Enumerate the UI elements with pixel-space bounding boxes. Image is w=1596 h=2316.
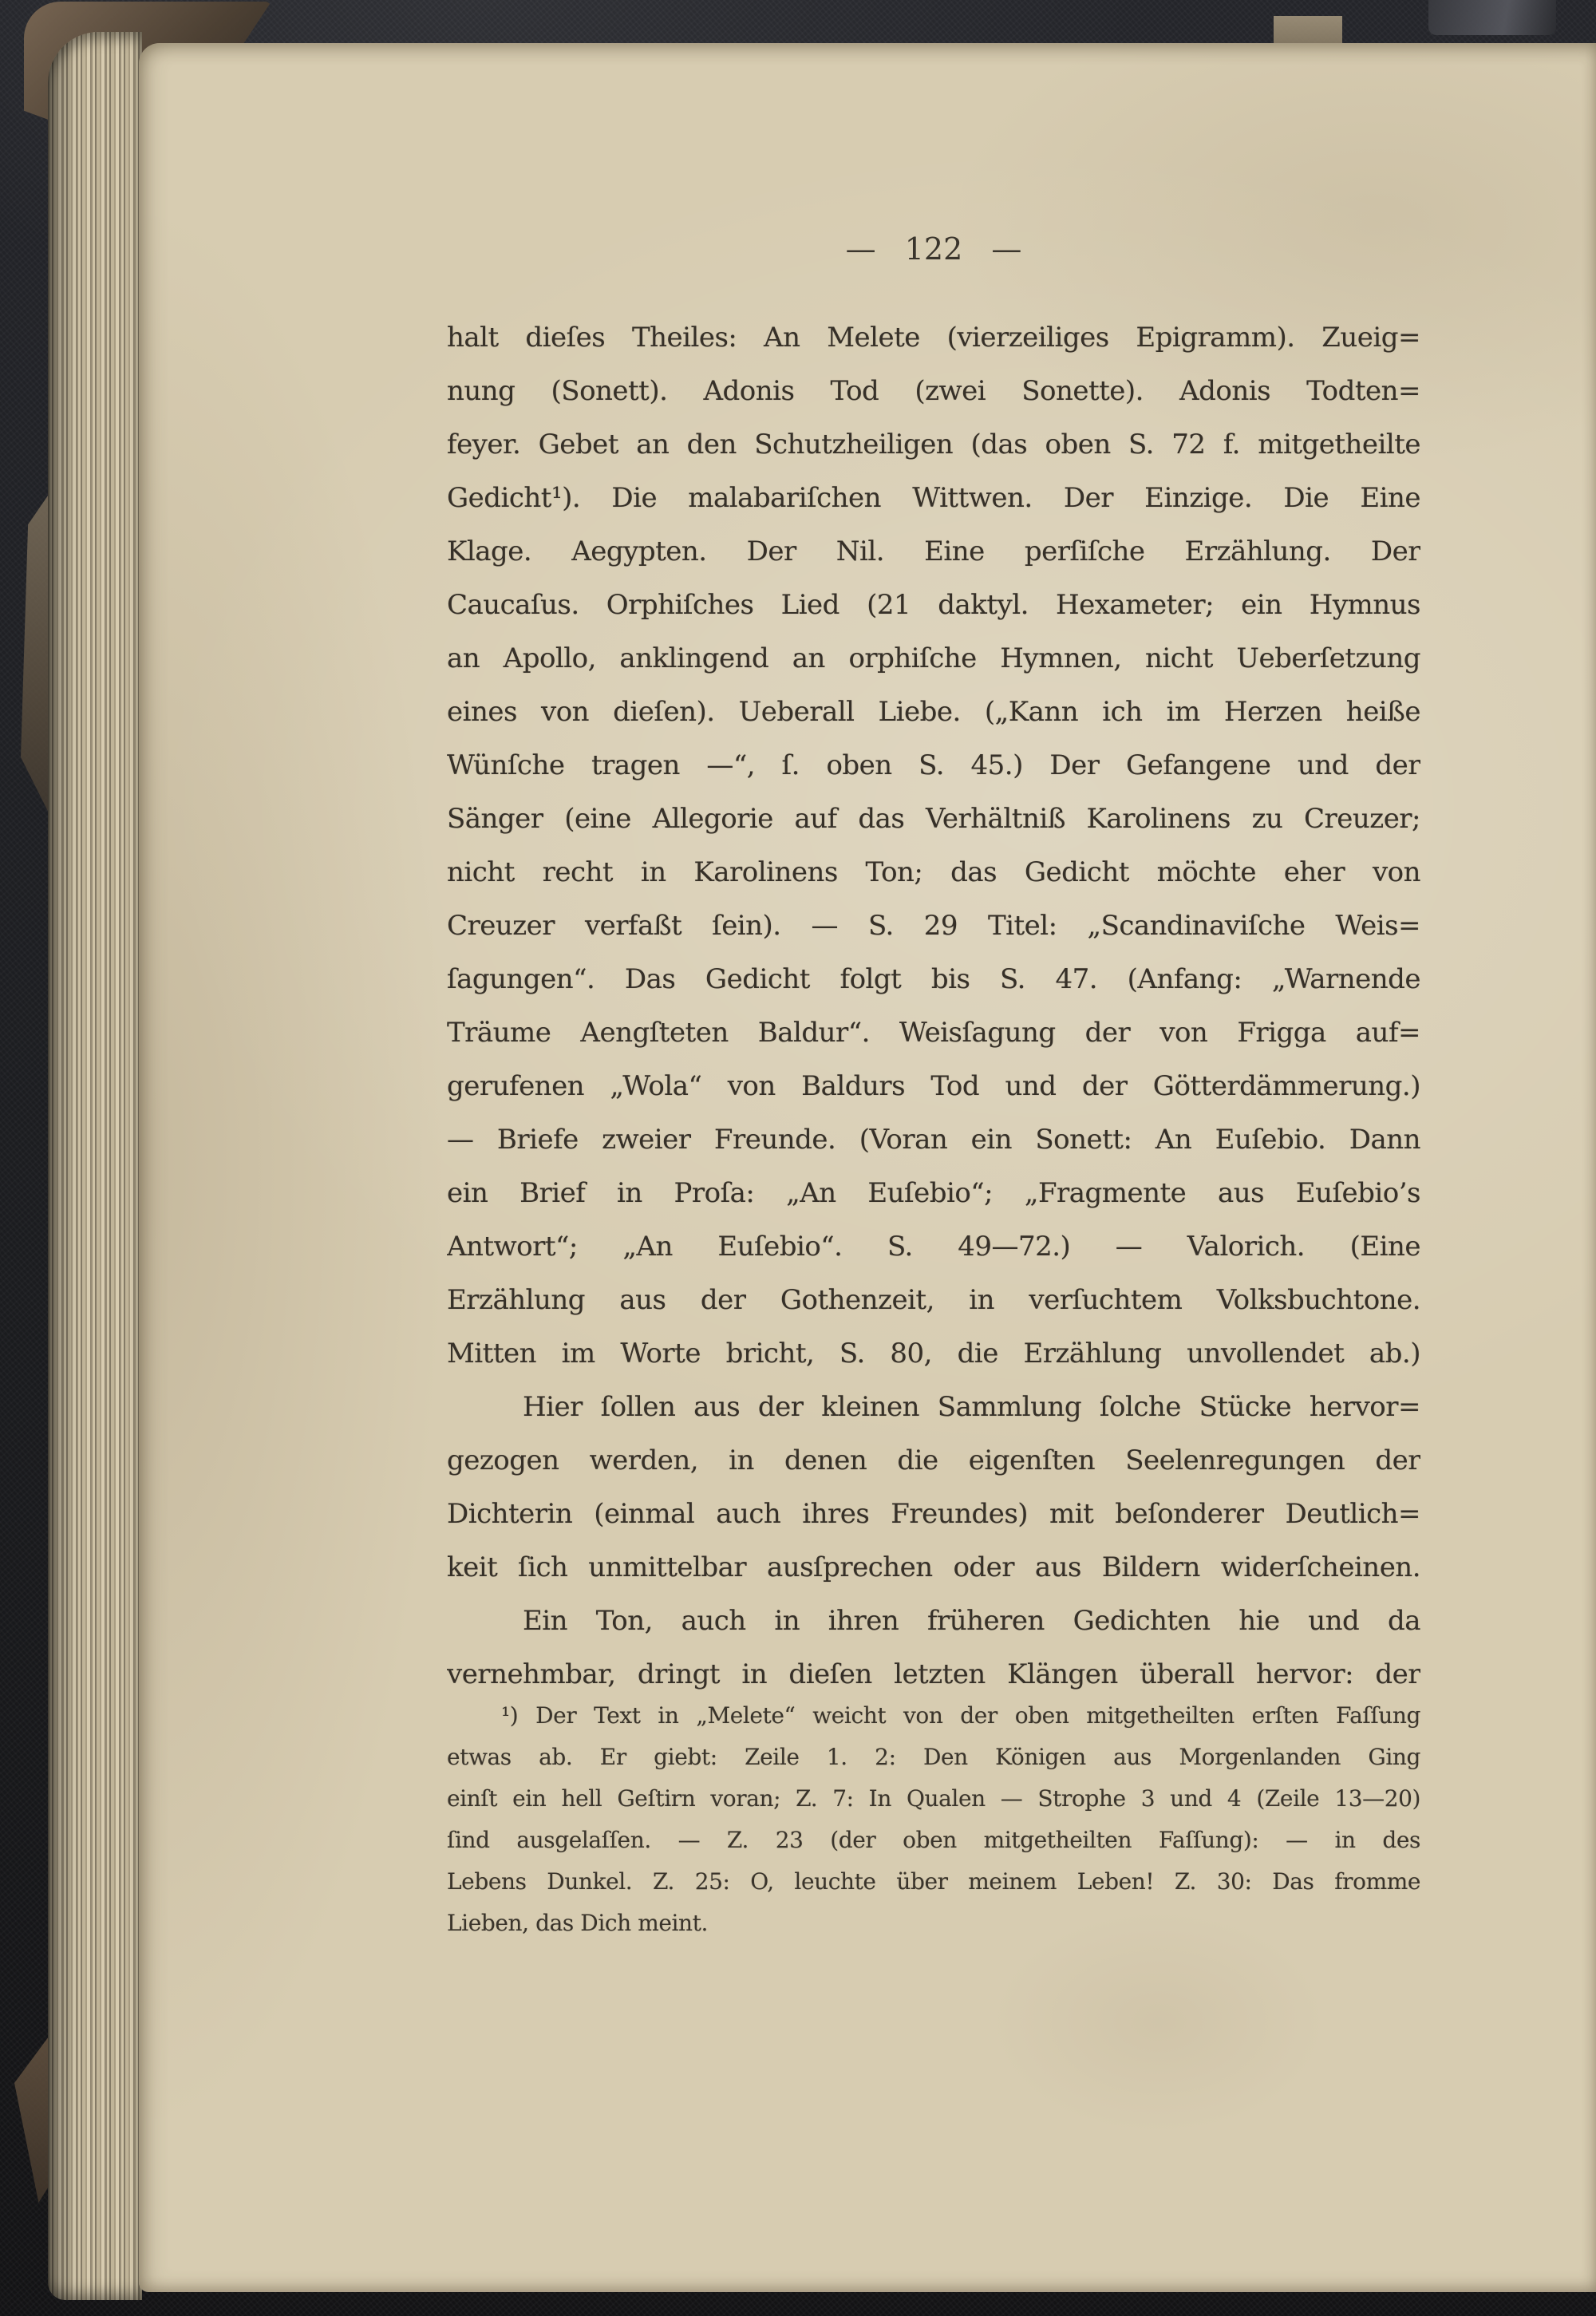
text-line: Wünſche tragen —“, ſ. oben S. 45.) Der G… (447, 739, 1420, 792)
text-line: an Apollo, anklingend an orphiſche Hymne… (447, 632, 1420, 686)
footnote-line: ¹) Der Text in „Melete“ weicht von der o… (447, 1695, 1420, 1737)
text-line: ſagungen“. Das Gedicht folgt bis S. 47. … (447, 953, 1420, 1006)
text-line: ein Brief in Proſa: „An Euſebio“; „Fragm… (447, 1167, 1420, 1220)
text-line: Gedicht¹). Die malabariſchen Wittwen. De… (447, 472, 1420, 525)
text-line: Caucaſus. Orphiſches Lied (21 daktyl. He… (447, 579, 1420, 632)
cover-sheen (1428, 0, 1556, 35)
footnote-block: ¹) Der Text in „Melete“ weicht von der o… (447, 1695, 1420, 1944)
text-line: gerufenen „Wola“ von Baldurs Tod und der… (447, 1060, 1420, 1113)
text-line: nicht recht in Karolinens Ton; das Gedic… (447, 846, 1420, 899)
text-line: eines von dieſen). Ueberall Liebe. („Kan… (447, 686, 1420, 739)
text-line: — Briefe zweier Freunde. (Voran ein Sone… (447, 1113, 1420, 1167)
text-line: Dichterin (einmal auch ihres Freundes) m… (447, 1488, 1420, 1541)
page-edge-stack (48, 32, 142, 2300)
text-line: Sänger (eine Allegorie auf das Verhältni… (447, 792, 1420, 846)
footnote-line: Lebens Dunkel. Z. 25: O, leuchte über me… (447, 1861, 1420, 1903)
page-number: — 122 — (447, 231, 1420, 267)
footnote-line: einſt ein hell Geſtirn voran; Z. 7: In Q… (447, 1778, 1420, 1820)
text-line: vernehmbar, dringt in dieſen letzten Klä… (447, 1648, 1420, 1701)
text-line: halt dieſes Theiles: An Melete (vierzeil… (447, 311, 1420, 365)
text-line: gezogen werden, in denen die eigenſten S… (447, 1434, 1420, 1488)
footnote-line: ſind ausgelaſſen. — Z. 23 (der oben mitg… (447, 1820, 1420, 1861)
text-line: Klage. Aegypten. Der Nil. Eine perſiſche… (447, 525, 1420, 579)
text-line: feyer. Gebet an den Schutzheiligen (das … (447, 418, 1420, 472)
text-line: Creuzer verfaßt ſein). — S. 29 Titel: „S… (447, 899, 1420, 953)
text-line: nung (Sonett). Adonis Tod (zwei Sonette)… (447, 365, 1420, 418)
text-line: Erzählung aus der Gothenzeit, in verſuch… (447, 1274, 1420, 1327)
book-page: — 122 — halt dieſes Theiles: An Melete (… (139, 43, 1596, 2292)
text-line: Träume Aengſteten Baldur“. Weisſagung de… (447, 1006, 1420, 1060)
text-line: keit ſich unmittelbar ausſprechen oder a… (447, 1541, 1420, 1595)
text-line-paragraph-start: Hier ſollen aus der kleinen Sammlung ſol… (447, 1381, 1420, 1434)
text-line-paragraph-start: Ein Ton, auch in ihren früheren Gedichte… (447, 1595, 1420, 1648)
footnote-line: etwas ab. Er giebt: Zeile 1. 2: Den Köni… (447, 1737, 1420, 1778)
text-line: Antwort“; „An Euſebio“. S. 49—72.) — Val… (447, 1220, 1420, 1274)
footnote-line: Lieben, das Dich meint. (447, 1903, 1420, 1944)
text-line: Mitten im Worte bricht, S. 80, die Erzäh… (447, 1327, 1420, 1381)
main-text-block: halt dieſes Theiles: An Melete (vierzeil… (447, 311, 1420, 1701)
